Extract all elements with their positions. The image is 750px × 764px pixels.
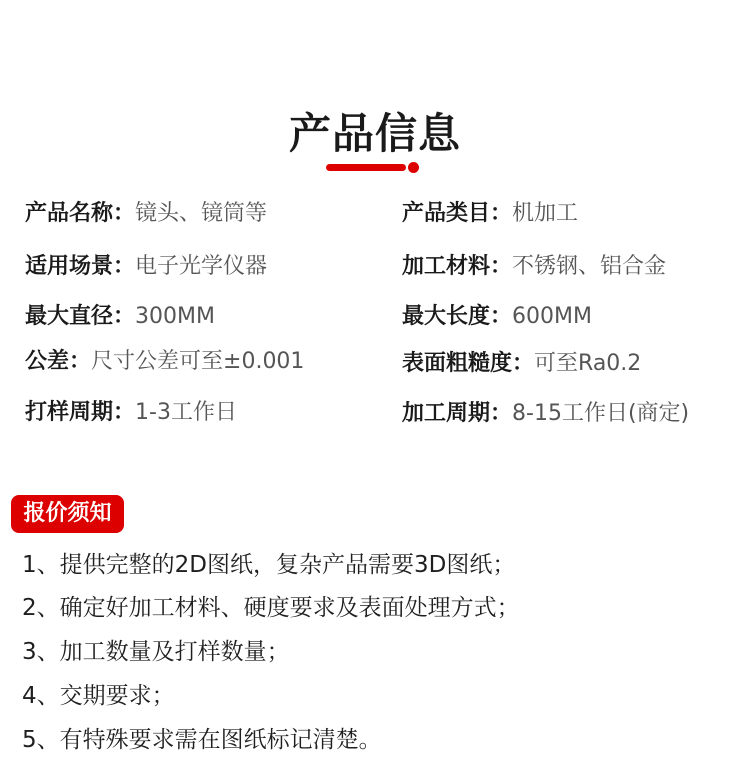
spec-product-name: 产品名称：镜头、镜筒等 — [25, 199, 267, 229]
notice-item: 3、加工数量及打样数量； — [22, 637, 290, 667]
spec-max-length: 最大长度：600MM — [402, 302, 592, 332]
spec-label: 最大长度： — [402, 304, 512, 329]
spec-label: 最大直径： — [25, 304, 135, 329]
spec-value: 1-3工作日 — [135, 400, 237, 425]
spec-tolerance: 公差：尺寸公差可至±0.001 — [25, 347, 304, 377]
quote-notice-badge: 报价须知 — [11, 495, 124, 533]
spec-sample-period: 打样周期：1-3工作日 — [25, 398, 237, 428]
spec-max-diameter: 最大直径：300MM — [25, 302, 215, 332]
spec-surface-roughness: 表面粗糙度：可至Ra0.2 — [402, 349, 641, 379]
spec-label: 公差： — [25, 349, 91, 374]
notice-item: 2、确定好加工材料、硬度要求及表面处理方式； — [22, 593, 520, 623]
spec-value: 600MM — [512, 304, 592, 329]
spec-processing-period: 加工周期：8-15工作日(商定) — [402, 399, 689, 429]
spec-label: 表面粗糙度： — [402, 351, 534, 376]
spec-label: 打样周期： — [25, 400, 135, 425]
spec-label: 产品名称： — [25, 201, 135, 226]
spec-value: 8-15工作日(商定) — [512, 401, 689, 426]
notice-item: 5、有特殊要求需在图纸标记清楚。 — [22, 725, 382, 755]
spec-label: 适用场景： — [25, 254, 135, 279]
spec-label: 产品类目： — [402, 201, 512, 226]
spec-value: 尺寸公差可至±0.001 — [91, 349, 304, 374]
spec-label: 加工周期： — [402, 401, 512, 426]
spec-value: 电子光学仪器 — [135, 254, 267, 279]
spec-application: 适用场景：电子光学仪器 — [25, 252, 267, 282]
spec-value: 300MM — [135, 304, 215, 329]
notice-item: 1、提供完整的2D图纸，复杂产品需要3D图纸； — [22, 550, 515, 580]
title-underline-bar — [326, 164, 406, 171]
spec-product-category: 产品类目：机加工 — [402, 199, 578, 229]
title-underline-dot — [408, 162, 419, 173]
section-title: 产品信息 — [0, 108, 750, 160]
spec-value: 机加工 — [512, 201, 578, 226]
spec-value: 不锈钢、铝合金 — [512, 254, 666, 279]
spec-material: 加工材料：不锈钢、铝合金 — [402, 252, 666, 282]
notice-item: 4、交期要求； — [22, 681, 175, 711]
spec-label: 加工材料： — [402, 254, 512, 279]
spec-value: 镜头、镜筒等 — [135, 201, 267, 226]
spec-value: 可至Ra0.2 — [534, 351, 641, 376]
